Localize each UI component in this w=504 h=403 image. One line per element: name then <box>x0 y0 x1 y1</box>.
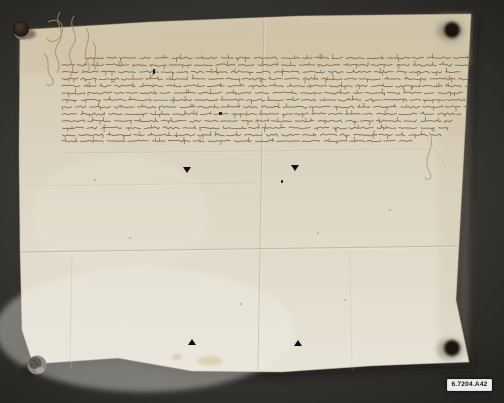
archival-label-text: 6.7204.A42 <box>451 382 487 389</box>
weight-top-left <box>14 22 37 40</box>
weight-top-right <box>437 21 463 41</box>
archival-label: 6.7204.A42 <box>447 379 492 391</box>
photograph-background: 6.7204.A42 <box>0 0 504 403</box>
weight-bottom-right <box>437 339 463 359</box>
parchment-scene <box>0 0 504 403</box>
